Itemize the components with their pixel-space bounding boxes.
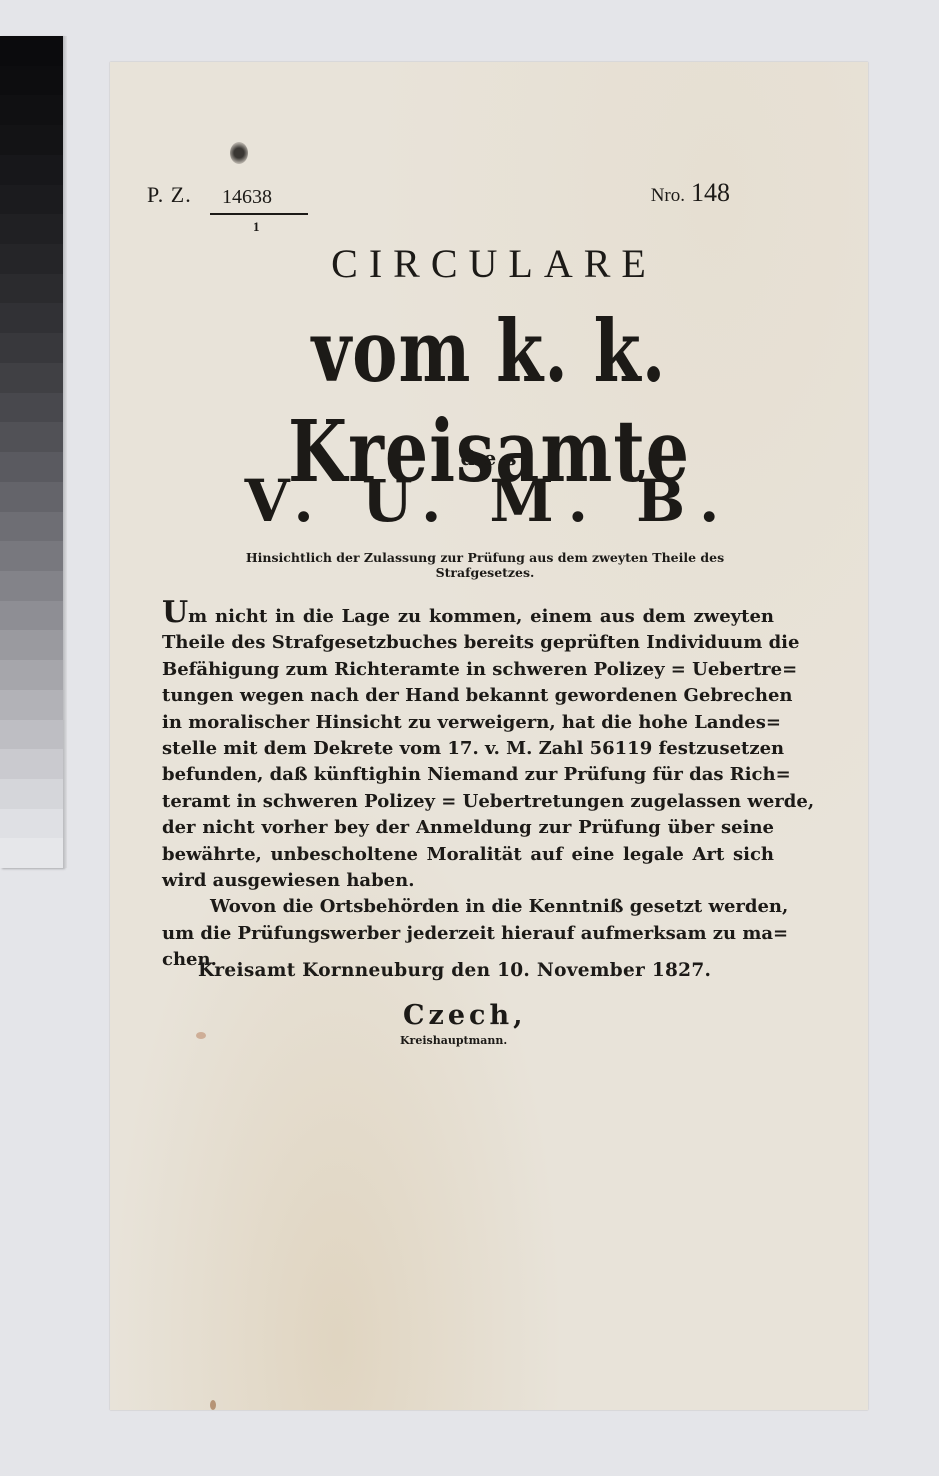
gray-scale-step [0,393,63,423]
subject-line-1: Hinsichtlich der Zulassung zur Prüfung a… [170,550,800,565]
gray-scale-step [0,601,63,631]
reference-denominator: 1 [253,219,260,235]
gray-scale-step [0,214,63,244]
gray-scale-step [0,333,63,363]
reference-number: 14638 [222,186,272,209]
title-circulare: CIRCULARE [110,240,868,287]
body-line: um die Prüfungswerber jederzeit hierauf … [162,921,774,947]
gray-strip-edge [63,36,67,868]
body-line: in moralischer Hinsicht zu verweigern, h… [162,710,774,736]
gray-scale-step [0,482,63,512]
body-line: der nicht vorher bey der Anmeldung zur P… [162,815,774,841]
gray-scale-step [0,690,63,720]
body-line: bewährte, unbescholtene Moralität auf ei… [162,842,774,868]
drop-cap: U [162,595,188,630]
document-subject: Hinsichtlich der Zulassung zur Prüfung a… [170,550,800,580]
gray-scale-step [0,779,63,809]
body-text: Um nicht in die Lage zu kommen, einem au… [162,600,774,974]
paper-stain [210,1400,216,1410]
nro-number: 148 [691,178,730,207]
gray-scale-step [0,363,63,393]
body-line: wird ausgewiesen haben. [162,868,774,894]
body-line: tungen wegen nach der Hand bekannt gewor… [162,683,774,709]
reference-prefix: P. Z. [147,182,192,208]
gray-scale-calibration-strip [0,36,63,868]
body-line: Theile des Strafgesetzbuches bereits gep… [162,630,774,656]
gray-scale-step [0,155,63,185]
gray-scale-step [0,452,63,482]
body-line: befunden, daß künftighin Niemand zur Prü… [162,762,774,788]
reference-fraction-rule [210,213,308,215]
gray-scale-step [0,512,63,542]
body-line: Um nicht in die Lage zu kommen, einem au… [162,600,774,630]
gray-scale-step [0,720,63,750]
gray-scale-step [0,660,63,690]
body-line: stelle mit dem Dekrete vom 17. v. M. Zah… [162,736,774,762]
circular-document-page: P. Z. 14638 1 Nro.148 CIRCULARE vom k. k… [110,62,868,1410]
signature-title: Kreishauptmann. [400,1034,507,1047]
gray-scale-step [0,125,63,155]
gray-scale-step [0,541,63,571]
body-line: teramt in schweren Polizey = Uebertretun… [162,789,774,815]
gray-scale-step [0,571,63,601]
body-line: Wovon die Ortsbehörden in die Kenntniß g… [162,894,774,920]
signature-name: Czech, [403,1000,526,1031]
gray-scale-step [0,630,63,660]
nro-label: Nro. [651,185,685,206]
gray-scale-step [0,185,63,215]
gray-scale-step [0,95,63,125]
gray-scale-step [0,422,63,452]
body-line: Befähigung zum Richteramte in schweren P… [162,657,774,683]
gray-scale-step [0,749,63,779]
circular-number: Nro.148 [651,178,730,208]
gray-scale-step [0,838,63,868]
gray-scale-step [0,809,63,839]
gray-scale-step [0,36,63,66]
place-and-date: Kreisamt Kornneuburg den 10. November 18… [198,960,711,981]
gray-scale-step [0,303,63,333]
gray-scale-step [0,274,63,304]
gray-scale-step [0,244,63,274]
gray-scale-step [0,66,63,96]
paper-stain [196,1032,206,1039]
ink-blot [230,142,248,164]
subject-line-2: Strafgesetzes. [170,565,800,580]
title-district: V. U. M. B. [110,467,868,535]
